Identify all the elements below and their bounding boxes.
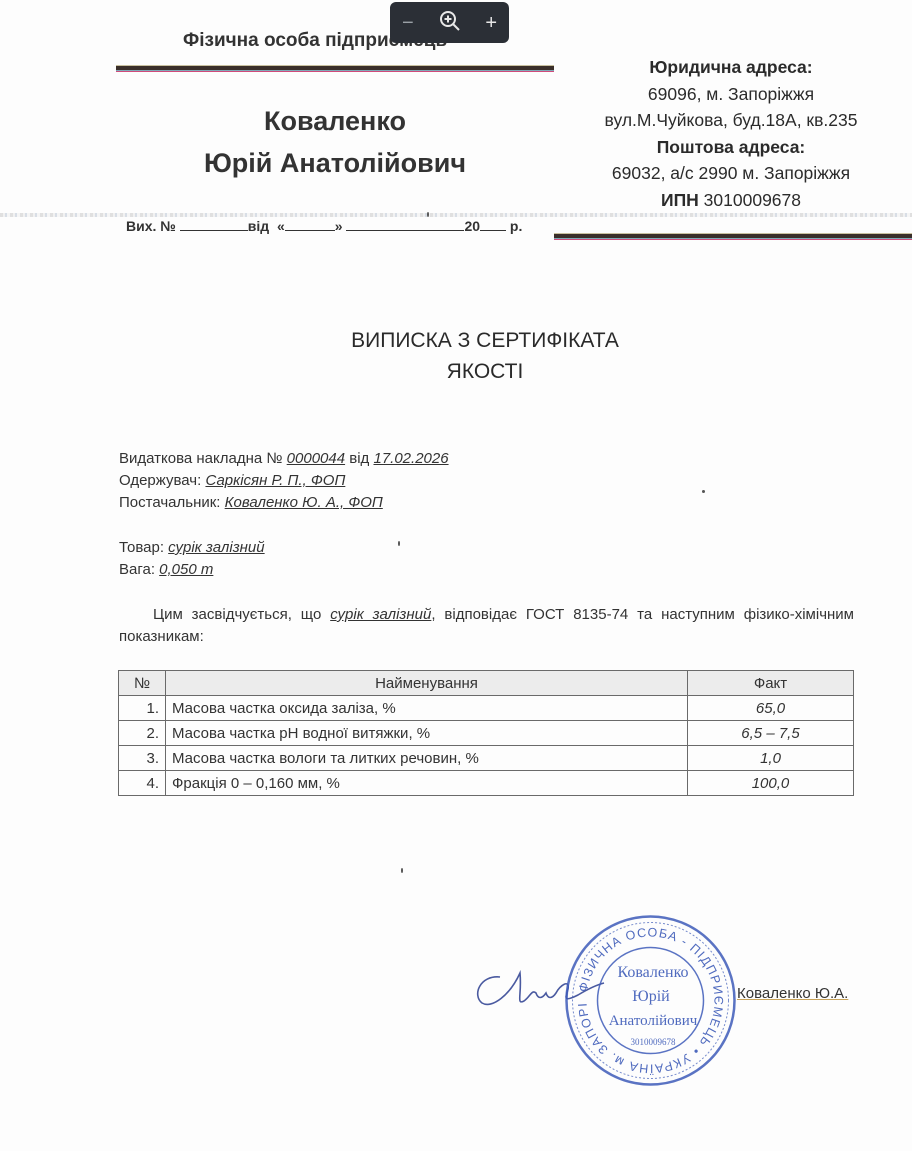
- stamp-line3: Анатолійович: [609, 1013, 698, 1029]
- postal-address-line1: 69032, а/с 2990 м. Запоріжжя: [550, 160, 912, 187]
- document-title: ВИПИСКА З СЕРТИФІКАТА ЯКОСТІ: [240, 325, 730, 387]
- scan-speck: [398, 541, 400, 546]
- supplier-line: Постачальник: Коваленко Ю. А., ФОП: [119, 492, 449, 514]
- scan-noise-line: [0, 213, 912, 217]
- stamp-code: 3010009678: [631, 1037, 677, 1047]
- official-stamp-icon: ФІЗИЧНА ОСОБА - ПІДПРИЄМЕЦЬ • УКРАЇНА м.…: [563, 913, 738, 1088]
- properties-table: № Найменування Факт 1. Масова частка окс…: [118, 670, 854, 796]
- table-row: 1. Масова частка оксида заліза, % 65,0: [119, 696, 854, 721]
- tax-id-label: ИПН: [661, 190, 699, 210]
- invoice-date: 17.02.2026: [373, 450, 448, 467]
- table-header-row: № Найменування Факт: [119, 671, 854, 696]
- supplier-value: Коваленко Ю. А., ФОП: [225, 494, 383, 511]
- legal-address-line2: вул.М.Чуйкова, буд.18А, кв.235: [550, 107, 912, 134]
- scan-speck: [401, 868, 403, 873]
- legal-address-line1: 69096, м. Запоріжжя: [550, 81, 912, 108]
- header-divider: [116, 65, 554, 72]
- invoice-number: 0000044: [287, 450, 345, 467]
- owner-given-names: Юрій Анатолійович: [170, 142, 500, 184]
- stamp-line1: Коваленко: [617, 964, 688, 981]
- zoom-toolbar: − +: [390, 2, 509, 43]
- month-blank: [346, 218, 464, 231]
- recipient-value: Саркісян Р. П., ФОП: [205, 472, 345, 489]
- tax-id-value: 3010009678: [704, 190, 801, 210]
- zoom-out-button[interactable]: −: [402, 13, 414, 33]
- stamp-line2: Юрій: [632, 988, 670, 1005]
- owner-name: Коваленко Юрій Анатолійович: [170, 100, 500, 184]
- zoom-magnifier-icon[interactable]: [438, 9, 462, 37]
- table-row: 4. Фракція 0 – 0,160 мм, % 100,0: [119, 771, 854, 796]
- address-block: Юридична адреса: 69096, м. Запоріжжя вул…: [550, 54, 912, 213]
- postal-address-label: Поштова адреса:: [657, 137, 806, 157]
- invoice-line: Видаткова накладна № 0000044 від 17.02.2…: [119, 448, 449, 470]
- recipient-line: Одержувач: Саркісян Р. П., ФОП: [119, 470, 449, 492]
- zoom-in-button[interactable]: +: [485, 13, 497, 33]
- day-blank: [285, 218, 335, 231]
- weight-value: 0,050 т: [159, 561, 213, 578]
- table-row: 3. Масова частка вологи та литких речови…: [119, 746, 854, 771]
- certification-statement: Цим засвідчується, що сурік залізний, ві…: [119, 604, 854, 648]
- header-name: Найменування: [166, 671, 688, 696]
- shipment-details: Видаткова накладна № 0000044 від 17.02.2…: [119, 448, 449, 581]
- year-blank: [480, 218, 506, 231]
- certified-product: сурік залізний: [330, 606, 431, 623]
- product-value: сурік залізний: [168, 539, 264, 556]
- owner-surname: Коваленко: [170, 100, 500, 142]
- table-row: 2. Масова частка рН водної витяжки, % 6,…: [119, 721, 854, 746]
- signer-name: Коваленко Ю.А.: [737, 985, 848, 1002]
- scan-speck: [702, 490, 705, 493]
- header-fact: Факт: [688, 671, 854, 696]
- outgoing-number-line: Вих. № від «» 20 р.: [126, 218, 522, 234]
- header-divider-right: [554, 233, 912, 240]
- tax-id: ИПН 3010009678: [550, 187, 912, 214]
- legal-address-label: Юридична адреса:: [649, 57, 812, 77]
- scan-speck: [427, 212, 429, 217]
- weight-line: Вага: 0,050 т: [119, 559, 449, 581]
- header-number: №: [119, 671, 166, 696]
- outgoing-number-blank: [180, 218, 248, 231]
